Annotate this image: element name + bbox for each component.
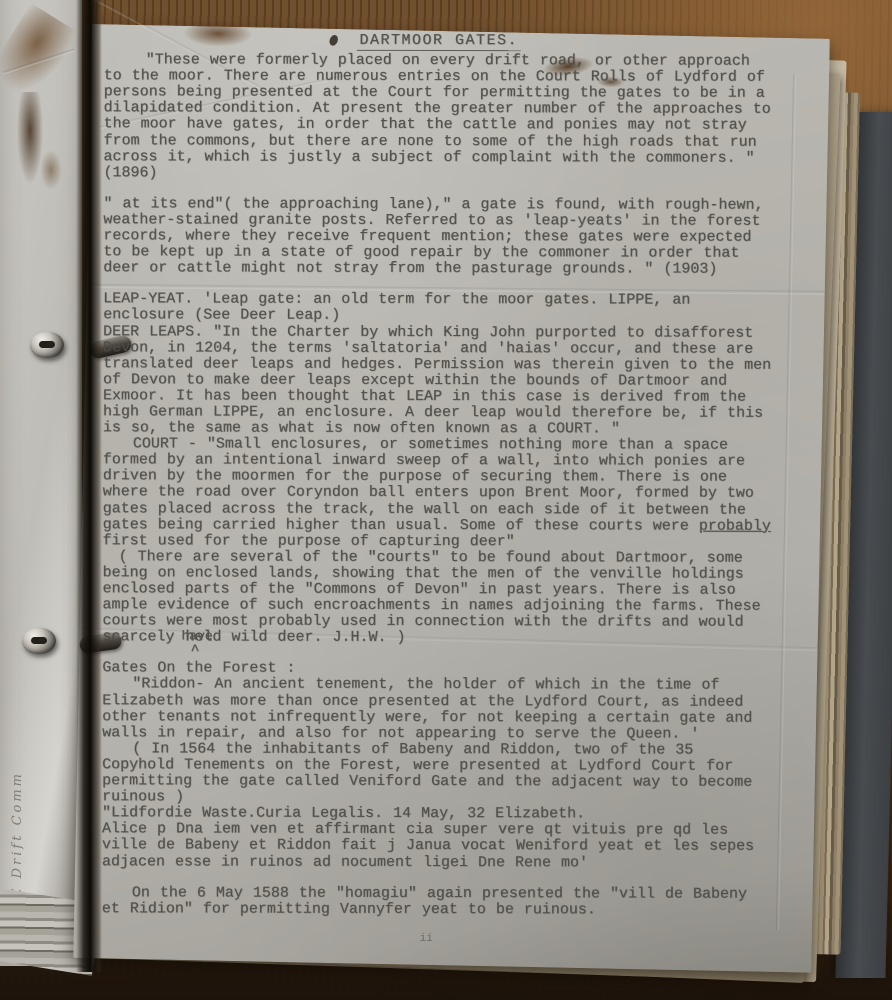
- crease: [776, 74, 796, 930]
- inserted-word: have: [165, 629, 212, 645]
- paragraph-latin-record: Alice p Dna iem ven et affirmant cia sup…: [102, 822, 772, 872]
- binder-gutter: [76, 0, 102, 972]
- paragraph-1564-note: ( In 1564 the inhabitants of Babeny and …: [102, 741, 772, 807]
- paragraph-1588: On the 6 May 1588 the "homagiu" again pr…: [102, 885, 772, 919]
- binder-pin-bottom: [22, 628, 74, 658]
- typed-text: DARTMOOR GATES. "These were formerly pla…: [102, 32, 774, 918]
- court-text-after: first used for the purpose of capturing …: [103, 532, 515, 550]
- document-photo: E Drift Comm DARTMOOR GATES. "These were…: [0, 0, 892, 1000]
- paragraph-courts-note: ( There are several of the "courts" to b…: [102, 549, 772, 647]
- court-underlined-word: probably: [699, 517, 771, 534]
- paragraph-leap-yeat: LEAP-YEAT. 'Leap gate: an old term for t…: [103, 292, 773, 326]
- binder-pin-slot: [39, 341, 55, 348]
- paragraph-riddon: "Riddon- An ancient tenement, the holder…: [102, 677, 772, 743]
- paragraph-court: COURT - "Small enclosures, or sometimes …: [103, 436, 773, 550]
- court-text-before: COURT - "Small enclosures, or sometimes …: [103, 435, 754, 534]
- paragraph-deer-leaps: DEER LEAPS. "In the Charter by which Kin…: [103, 324, 773, 438]
- previous-page-edge: E Drift Comm: [0, 0, 82, 966]
- margin-handwriting: E Drift Comm: [10, 688, 25, 898]
- paragraph-approaching-lane-1903: " at its end"( the approaching lane)," a…: [103, 196, 773, 278]
- stain: [40, 150, 62, 190]
- courts-note-after: held wild deer. J.H.W. ): [185, 629, 405, 646]
- binder-pin-top: [30, 332, 82, 362]
- paragraph-moor-gates-1896: "These were formerly placed on every dri…: [103, 52, 773, 182]
- binder-pin-slot: [31, 637, 47, 644]
- page-number-mark: ii: [420, 933, 433, 945]
- document-title-text: DARTMOOR GATES.: [357, 33, 522, 51]
- typed-page: DARTMOOR GATES. "These were formerly pla…: [73, 24, 830, 973]
- document-title: DARTMOOR GATES.: [104, 32, 774, 52]
